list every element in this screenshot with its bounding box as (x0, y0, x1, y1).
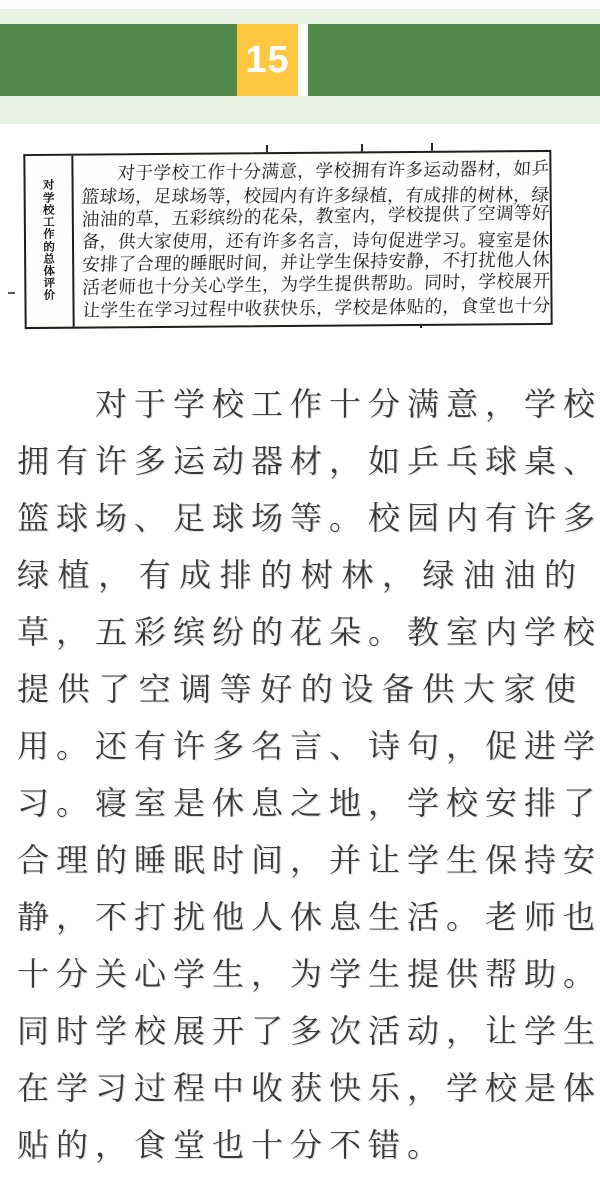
chapter-number: 15 (245, 39, 289, 82)
scan-artifact-dash (8, 292, 15, 294)
scan-row-label-char: 评 (44, 278, 56, 290)
chapter-number-badge: 15 (237, 24, 298, 96)
banner-bar-right (308, 24, 600, 96)
transcription-line: 绿植，有成排的树林，绿油油的 (17, 547, 583, 604)
scan-row-label-char: 作 (43, 229, 55, 241)
transcription-line: 在学习过程中收获快乐，学校是体 (17, 1060, 583, 1117)
transcription-line: 拥有许多运动器材，如乒乓球桌、 (17, 433, 583, 490)
chapter-banner: 15 (0, 9, 600, 124)
banner-bar: 15 (0, 24, 600, 96)
transcription-line: 习。寝室是休息之地，学校安排了 (17, 775, 583, 832)
transcription-line: 十分关心学生，为学生提供帮助。 (17, 946, 583, 1003)
scan-row-label-char: 的 (43, 241, 55, 253)
scan-table-frame: 对学校工作的总体评价 对于学校工作十分满意，学校拥有许多运动器材，如乒乓球桌篮球… (23, 150, 552, 329)
handwritten-line: 让学生在学习过程中收获快乐，学校是体贴的，食堂也十分不错。 (82, 294, 545, 322)
scan-row-label-char: 对 (43, 180, 55, 192)
banner-bar-left (0, 24, 237, 96)
scanned-evaluation-image: 对学校工作的总体评价 对于学校工作十分满意，学校拥有许多运动器材，如乒乓球桌篮球… (20, 124, 580, 340)
transcription-line: 篮球场、足球场等。校园内有许多 (17, 490, 583, 547)
handwritten-line: 对于学校工作十分满意，学校拥有许多运动器材，如乒乓球桌 (81, 157, 544, 185)
scan-row-label-char: 学 (43, 193, 55, 205)
transcription-line: 用。还有许多名言、诗句，促进学 (17, 718, 583, 775)
transcription-line: 静，不打扰他人休息生活。老师也 (17, 889, 583, 946)
transcription-line: 合理的睡眠时间，并让学生保持安 (17, 832, 583, 889)
scan-row-label: 对学校工作的总体评价 (25, 156, 74, 327)
page: 15 对学校工作的总体评价 对于学校工作十分满意，学校拥有许多运动器材，如乒乓球… (0, 0, 600, 1184)
scan-row-label-char: 价 (44, 290, 56, 302)
transcription-line: 同时学校展开了多次活动，让学生 (17, 1003, 583, 1060)
transcription-line: 对于学校工作十分满意，学校 (17, 376, 583, 433)
scan-row-label-char: 工 (43, 217, 55, 229)
scan-row-label-char: 总 (43, 254, 55, 266)
transcription-line: 草，五彩缤纷的花朵。教室内学校 (17, 604, 583, 661)
transcription-paragraph: 对于学校工作十分满意，学校拥有许多运动器材，如乒乓球桌、篮球场、足球场等。校园内… (17, 376, 583, 1174)
transcription-line: 提供了空调等好的设备供大家使 (17, 661, 583, 718)
top-margin (0, 0, 600, 9)
transcription-line: 贴的，食堂也十分不错。 (17, 1117, 583, 1174)
banner-badge-gap (298, 24, 308, 96)
scan-handwriting-area: 对于学校工作十分满意，学校拥有许多运动器材，如乒乓球桌篮球场，足球场等，校园内有… (73, 152, 550, 327)
scan-row-label-char: 体 (43, 266, 55, 278)
scan-row-label-char: 校 (43, 205, 55, 217)
